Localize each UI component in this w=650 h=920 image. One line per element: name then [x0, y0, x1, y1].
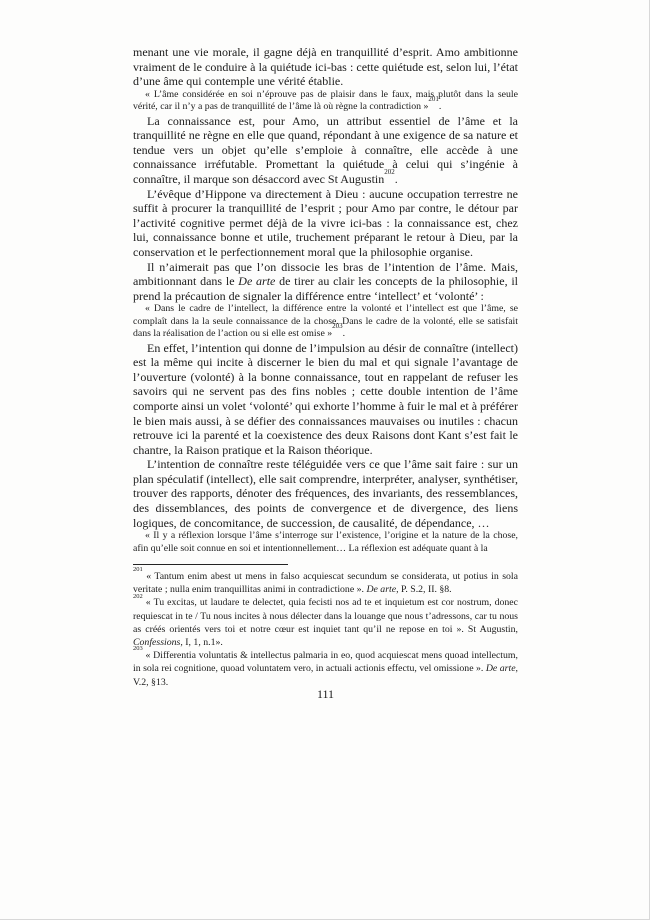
paragraph-text: L’évêque d’Hippone va directement à Dieu…	[133, 187, 518, 259]
footnote-text: , P. S.2, II. §8.	[396, 584, 452, 595]
page-number: 111	[133, 687, 518, 702]
block-quote: « Il y a réflexion lorsque l’âme s’inter…	[133, 530, 518, 555]
footnote-number: 203	[133, 645, 143, 652]
footnote-ref-203: 203	[332, 322, 343, 330]
paragraph: La connaissance est, pour Amo, un attrib…	[133, 114, 518, 187]
paragraph: L’intention de connaître reste téléguidé…	[133, 457, 518, 530]
footnote-text: « Tantum enim abest ut mens in falso acq…	[133, 571, 518, 595]
paragraph: menant une vie morale, il gagne déjà en …	[133, 45, 518, 89]
footnote: 203 « Differentia voluntatis & intellect…	[133, 649, 518, 689]
footnote-text: , I, 1, n.1».	[180, 637, 222, 648]
quote-text: « Il y a réflexion lorsque l’âme s’inter…	[133, 530, 518, 553]
footnote-text: « Differentia voluntatis & intellectus p…	[133, 650, 518, 674]
paragraph-text: La connaissance est, pour Amo, un attrib…	[133, 114, 518, 186]
quote-text: .	[439, 101, 441, 112]
footnote-text: « Tu excitas, ut laudare te delectet, qu…	[133, 597, 518, 634]
paragraph: Il n’aimerait pas que l’on dissocie les …	[133, 260, 518, 304]
footnotes-section: 201 « Tantum enim abest ut mens in falso…	[133, 564, 518, 689]
footnote-ref-201: 201	[428, 95, 439, 103]
quote-text: « L’âme considérée en soi n’éprouve pas …	[133, 89, 518, 112]
footnote-ref-202: 202	[384, 168, 395, 176]
work-title: De arte	[238, 274, 275, 288]
footnote-number: 202	[133, 593, 143, 600]
paragraph-text: menant une vie morale, il gagne déjà en …	[133, 45, 518, 88]
paragraph-text: .	[395, 172, 398, 186]
quote-text: « Dans le cadre de l’intellect, la diffé…	[133, 303, 518, 339]
footnote: 202 « Tu excitas, ut laudare te delectet…	[133, 596, 518, 649]
paragraph: En effet, l’intention qui donne de l’imp…	[133, 341, 518, 458]
work-title: De arte	[486, 663, 516, 674]
paragraph-text: L’intention de connaître reste téléguidé…	[133, 457, 518, 529]
quote-text: .	[343, 328, 345, 339]
document-page: menant une vie morale, il gagne déjà en …	[0, 0, 650, 920]
footnote-number: 201	[133, 566, 143, 573]
paragraph: L’évêque d’Hippone va directement à Dieu…	[133, 187, 518, 260]
footnote-separator	[133, 564, 288, 565]
page-body-text: menant une vie morale, il gagne déjà en …	[133, 45, 518, 555]
work-title: De arte	[366, 584, 396, 595]
paragraph-text: En effet, l’intention qui donne de l’imp…	[133, 341, 518, 457]
block-quote: « Dans le cadre de l’intellect, la diffé…	[133, 303, 518, 340]
footnote: 201 « Tantum enim abest ut mens in falso…	[133, 570, 518, 596]
block-quote: « L’âme considérée en soi n’éprouve pas …	[133, 89, 518, 114]
